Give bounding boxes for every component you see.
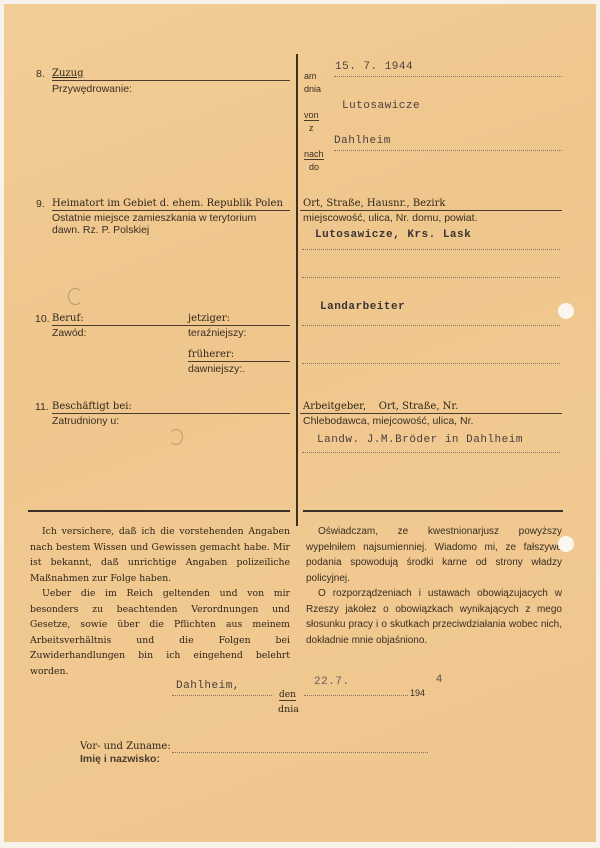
name-label-pl: Imię i nazwisko:: [80, 753, 160, 765]
stain-mark-2: [169, 429, 183, 445]
section-9-number: 9.: [36, 198, 45, 210]
name-label-de: Vor- und Zuname:: [80, 741, 171, 752]
place-line: [172, 695, 272, 696]
year-prefix: 194: [410, 688, 425, 698]
declaration-pl-paragraph-1: Oświadczam, ze kwestnionarjusz powyższy …: [306, 524, 562, 586]
section-10-rule: [52, 325, 290, 326]
section-9-label-de: Heimatort im Gebiet d. ehem. Republik Po…: [52, 198, 283, 209]
declaration-pl-paragraph-2: O rozporządzeniach i ustawach obowiązuja…: [306, 586, 562, 648]
occupation-line-1: [302, 325, 560, 326]
signature-date-label-pl: dnia: [278, 704, 299, 715]
to-label-de: nach: [304, 149, 324, 160]
name-line: [172, 752, 428, 753]
employer-rule: [300, 413, 562, 414]
date-label-pl: dnia: [304, 84, 321, 94]
arrival-date-value[interactable]: 15. 7. 1944: [335, 61, 413, 73]
section-8-label-de: Zuzug: [52, 68, 84, 79]
address-value[interactable]: Lutosawicze, Krs. Lask: [315, 229, 471, 241]
to-line: [334, 150, 562, 151]
declaration-german: Ich versichere, daß ich die vorstehenden…: [30, 524, 290, 679]
signature-place-value[interactable]: Dahlheim,: [176, 680, 240, 692]
address-line-1: [302, 249, 560, 250]
section-9-rule: [52, 210, 290, 211]
declaration-separator-left: [28, 510, 290, 512]
declaration-de-paragraph-1: Ich versichere, daß ich die vorstehenden…: [30, 524, 290, 586]
section-10-number: 10.: [35, 313, 50, 325]
to-label-pl: do: [309, 162, 319, 172]
declaration-polish: Oświadczam, ze kwestnionarjusz powyższy …: [306, 524, 562, 648]
employer-label-de: Arbeitgeber, Ort, Straße, Nr.: [303, 401, 458, 412]
year-suffix-value[interactable]: 4: [436, 673, 442, 685]
section-8-rule: [52, 80, 290, 81]
declaration-de-paragraph-2: Ueber die im Reich geltenden und von mir…: [30, 586, 290, 679]
section-11-label-pl: Zatrudniony u:: [52, 415, 119, 427]
address-label-pl: miejscowość, ulica, Nr. domu, powiat.: [303, 212, 477, 224]
section-11-label-de: Beschäftigt bei:: [52, 401, 132, 412]
employer-value[interactable]: Landw. J.M.Bröder in Dahlheim: [317, 434, 523, 446]
section-11-rule: [52, 413, 290, 414]
employer-line: [302, 452, 560, 453]
signature-date-label-de: den: [279, 690, 296, 701]
section-11-number: 11.: [35, 401, 49, 413]
declaration-separator-right: [303, 510, 563, 512]
current-label-pl: teraźniejszy:: [188, 327, 246, 339]
address-label-de: Ort, Straße, Hausnr., Bezirk: [303, 198, 445, 209]
stain-mark: [68, 288, 83, 305]
from-label-de: von: [304, 110, 319, 121]
section-8-number: 8.: [36, 68, 45, 80]
form-page: 8. Zuzug Przywędrowanie: am 15. 7. 1944 …: [4, 4, 596, 842]
section-9-label-pl-1: Ostatnie miejsce zamieszkania w terytori…: [52, 212, 256, 224]
to-value[interactable]: Dahlheim: [334, 135, 391, 147]
occupation-line-2: [302, 363, 560, 364]
date-label-de: am: [304, 71, 317, 81]
former-label-de: früherer:: [188, 349, 234, 360]
section-9-label-pl-2: dawn. Rz. P. Polskiej: [52, 224, 149, 236]
punch-hole-upper: [558, 303, 574, 319]
current-label-de: jetziger:: [188, 313, 230, 324]
column-divider: [296, 54, 298, 526]
date-line: [304, 695, 408, 696]
from-label-pl: z: [309, 123, 314, 133]
address-line-2: [302, 277, 560, 278]
arrival-date-line: [334, 76, 562, 77]
employer-label-pl: Chlebodawca, miejcowość, ulica, Nr.: [303, 415, 473, 427]
section-8-label-pl: Przywędrowanie:: [52, 83, 132, 95]
occupation-value[interactable]: Landarbeiter: [320, 301, 405, 313]
former-rule: [188, 361, 290, 362]
from-value[interactable]: Lutosawicze: [342, 100, 420, 112]
former-label-pl: dawniejszy:.: [188, 363, 245, 375]
punch-hole-lower: [558, 536, 574, 552]
address-rule: [300, 210, 562, 211]
section-10-label-pl: Zawód:: [52, 327, 86, 339]
section-10-label-de: Beruf:: [52, 313, 84, 324]
signature-date-value[interactable]: 22.7.: [314, 676, 350, 688]
